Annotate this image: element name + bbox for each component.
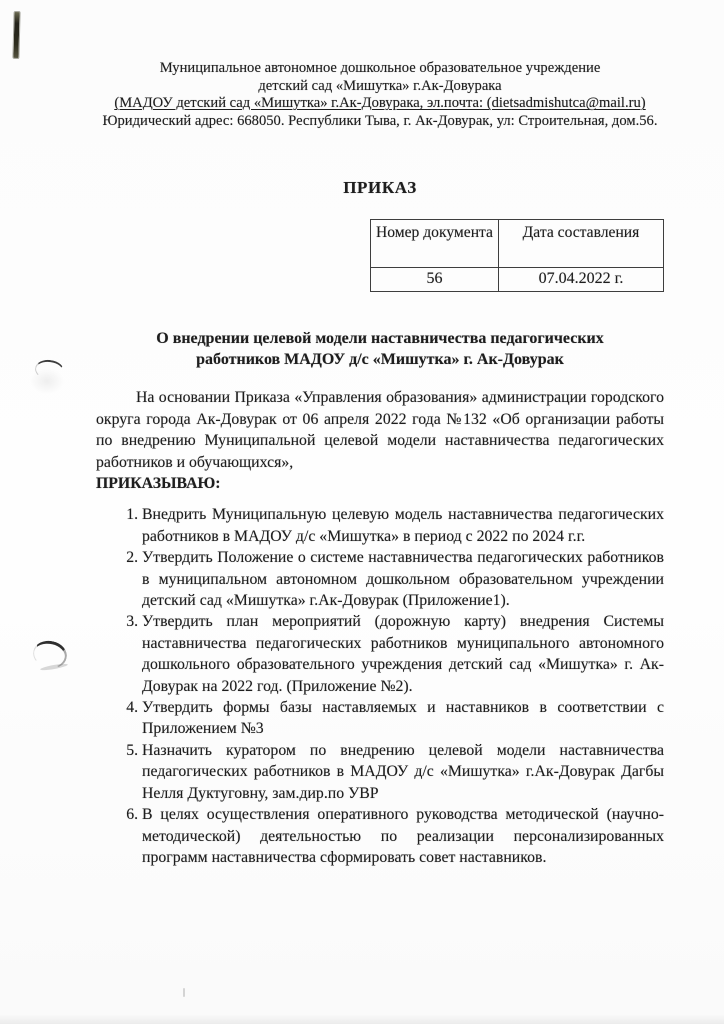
subject-line-2: работников МАДОУ д/с «Мишутка» г. Ак-Дов… (96, 349, 664, 370)
doc-number-value-cell: 56 (371, 268, 499, 292)
order-meta-table: Номер документа Дата составления 56 07.0… (370, 219, 664, 292)
order-item-2-text: Утвердить Положение о системе наставниче… (142, 549, 664, 609)
preamble-paragraph: На основании Приказа «Управления образов… (96, 387, 664, 473)
order-item-3-text: Утвердить план мероприятий (дорожную кар… (142, 613, 664, 694)
subject-heading: О внедрении целевой модели наставничеств… (96, 328, 664, 370)
org-header: Муниципальное автономное дошкольное обра… (96, 60, 664, 130)
org-legal-address-line: Юридический адрес: 668050. Республики Ты… (96, 113, 664, 131)
order-item-5: Назначить куратором по внедрению целевой… (142, 740, 664, 804)
order-item-6-text: В целях осуществления оперативного руков… (142, 806, 664, 866)
subject-line-1: О внедрении целевой модели наставничеств… (96, 328, 664, 349)
order-item-6: В целях осуществления оперативного руков… (142, 804, 664, 868)
order-items-list: Внедрить Муниципальную целевую модель на… (96, 504, 664, 868)
scan-artifact-pen-mark (12, 11, 20, 59)
document-content: Муниципальное автономное дошкольное обра… (96, 60, 664, 868)
org-name-line-1: Муниципальное автономное дошкольное обра… (96, 60, 664, 78)
doc-date-header-cell: Дата составления (499, 220, 664, 268)
order-item-3: Утвердить план мероприятий (дорожную кар… (142, 611, 664, 697)
meta-table-header-row: Номер документа Дата составления (371, 220, 664, 268)
scan-bottom-edge-shadow (0, 1014, 724, 1024)
meta-table-value-row: 56 07.04.2022 г. (371, 268, 664, 292)
scanned-order-document: Муниципальное автономное дошкольное обра… (0, 0, 724, 1024)
scan-artifact-speck (183, 988, 185, 997)
org-name-line-2: детский сад «Мишутка» г.Ак-Довурака (96, 78, 664, 96)
orders-lead: ПРИКАЗЫВАЮ: (96, 473, 664, 494)
order-item-4-text: Утвердить формы базы наставляемых и наст… (142, 699, 664, 737)
order-item-1-text: Внедрить Муниципальную целевую модель на… (142, 506, 664, 544)
document-title: ПРИКАЗ (96, 178, 664, 198)
order-item-2: Утвердить Положение о системе наставниче… (142, 547, 664, 611)
order-item-1: Внедрить Муниципальную целевую модель на… (142, 504, 664, 547)
order-item-5-text: Назначить куратором по внедрению целевой… (142, 742, 664, 802)
doc-date-value-cell: 07.04.2022 г. (499, 268, 664, 292)
doc-number-header-cell: Номер документа (371, 220, 499, 268)
order-item-4: Утвердить формы базы наставляемых и наст… (142, 697, 664, 740)
org-short-name-email-line: (МАДОУ детский сад «Мишутка» г.Ак-Довура… (96, 95, 664, 113)
